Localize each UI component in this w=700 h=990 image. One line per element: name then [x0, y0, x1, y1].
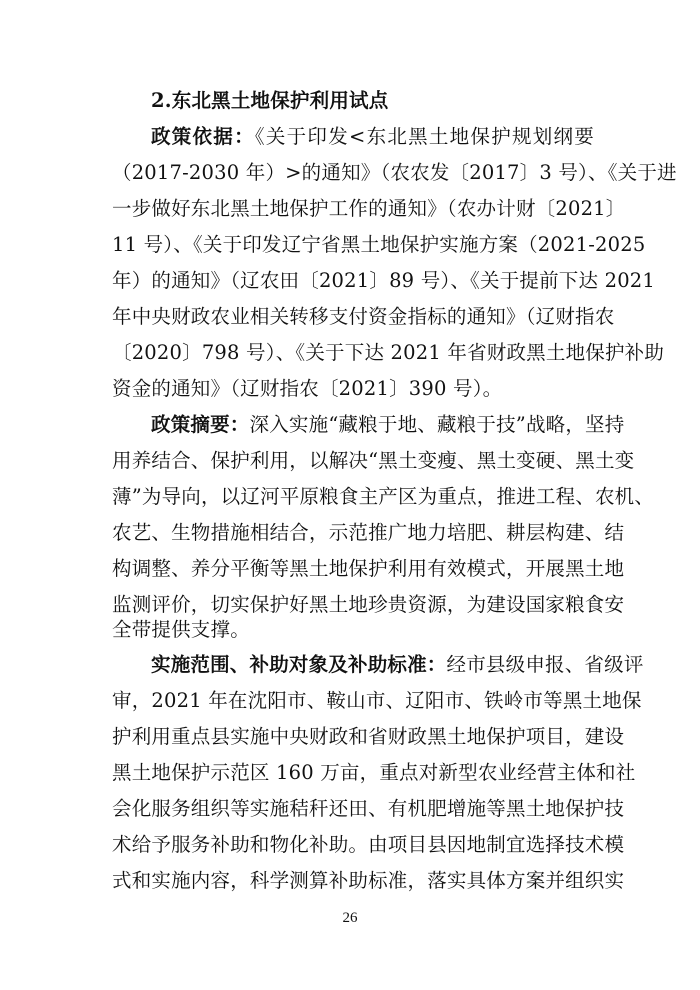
- paragraph-policy-summary-line-1: 政策摘要：深入实施“藏粮于地、藏粮于技”战略，坚持: [151, 410, 594, 440]
- document-page: 2.东北黑土地保护利用试点 政策依据：《关于印发<东北黑土地保护规划纲要 （20…: [0, 0, 700, 990]
- paragraph-line: 〔2020〕798 号）、《关于下达 2021 年省财政黑土地保护补助: [112, 338, 594, 368]
- paragraph-line: 构调整、养分平衡等黑土地保护利用有效模式，开展黑土地: [112, 554, 594, 584]
- text: 《关于印发<东北黑土地保护规划纲要: [255, 125, 594, 148]
- paragraph-line: 资金的通知》（辽财指农〔2021〕390 号）。: [112, 374, 594, 404]
- paragraph-line: 年中央财政农业相关转移支付资金指标的通知》（辽财指农: [112, 302, 594, 332]
- label-scope-subsidy: 实施范围、补助对象及补助标准：: [151, 653, 447, 676]
- paragraph-line: 年）的通知》（辽农田〔2021〕89 号）、《关于提前下达 2021: [112, 266, 594, 296]
- paragraph-line: 农艺、生物措施相结合，示范推广地力培肥、耕层构建、结: [112, 518, 594, 548]
- paragraph-line: 审，2021 年在沈阳市、鞍山市、辽阳市、铁岭市等黑土地保: [112, 686, 594, 716]
- paragraph-line: 式和实施内容，科学测算补助标准，落实具体方案并组织实: [112, 866, 594, 896]
- section-heading: 2.东北黑土地保护利用试点: [151, 86, 594, 116]
- paragraph-line: 术给予服务补助和物化补助。由项目县因地制宜选择技术模: [112, 830, 594, 860]
- label-policy-summary: 政策摘要：: [151, 413, 250, 436]
- page-number: 26: [0, 910, 700, 927]
- paragraph-line: （2017-2030 年）>的通知》（农农发〔2017〕3 号）、《关于进: [112, 158, 594, 188]
- paragraph-line: 11 号）、《关于印发辽宁省黑土地保护实施方案（2021-2025: [112, 230, 594, 260]
- paragraph-scope-line-1: 实施范围、补助对象及补助标准：经市县级申报、省级评: [151, 650, 594, 680]
- paragraph-line: 护利用重点县实施中央财政和省财政黑土地保护项目，建设: [112, 722, 594, 752]
- paragraph-line: 黑土地保护示范区 160 万亩，重点对新型农业经营主体和社: [112, 758, 594, 788]
- text: 深入实施“藏粮于地、藏粮于技”战略，坚持: [250, 413, 625, 436]
- paragraph-policy-basis-line-1: 政策依据：《关于印发<东北黑土地保护规划纲要: [151, 122, 594, 152]
- paragraph-line: 会化服务组织等实施秸秆还田、有机肥增施等黑土地保护技: [112, 794, 594, 824]
- text: 经市县级申报、省级评: [447, 653, 644, 676]
- paragraph-line: 全带提供支撑。: [112, 615, 594, 645]
- paragraph-line: 用养结合、保护利用，以解决“黑土变瘦、黑土变硬、黑土变: [112, 446, 594, 476]
- label-policy-basis: 政策依据：: [151, 125, 255, 148]
- paragraph-line: 一步做好东北黑土地保护工作的通知》（农办计财〔2021〕: [112, 194, 594, 224]
- paragraph-line: 薄”为导向，以辽河平原粮食主产区为重点，推进工程、农机、: [112, 482, 594, 512]
